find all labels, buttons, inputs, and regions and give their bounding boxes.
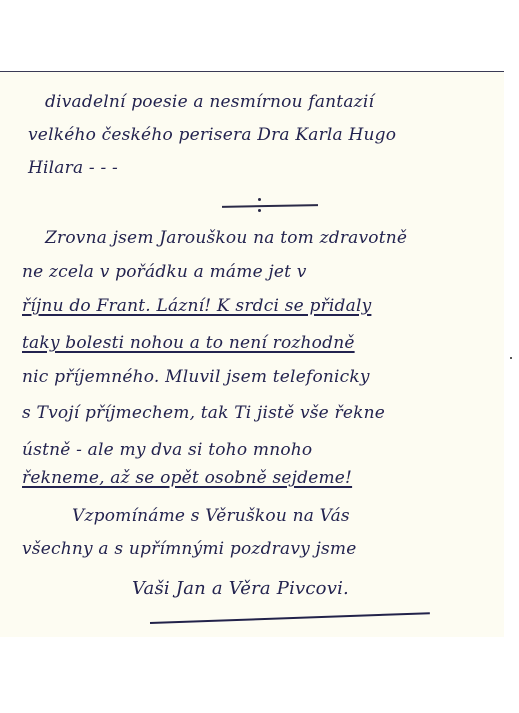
separator-dot [258,198,261,201]
text-line: Zrovna jsem Jarouškou na tom zdravotně [45,228,407,248]
text-line: Vzpomínáme s Věruškou na Vás [72,506,350,526]
text-line: Hilara - - - [28,158,118,178]
text-line-underlined: taky bolesti nohou a to není rozhodně [22,333,355,353]
text-line: všechny a s upřímnými pozdravy jsme [22,539,357,559]
text-line: ne zcela v pořádku a máme jet v [22,262,307,282]
text-line: divadelní poesie a nesmírnou fantazií [45,92,374,112]
text-line: nic příjemného. Mluvil jsem telefonicky [22,367,370,387]
text-line: ústně - ale my dva si toho mnoho [22,440,312,460]
text-line-underlined: řekneme, až se opět osobně sejdeme! [22,468,352,488]
text-line: s Tvojí příjmechem, tak Ti jistě vše řek… [22,403,385,423]
signature: Vaši Jan a Věra Pivcovi. [132,578,349,599]
text-line-underlined: říjnu do Frant. Lázní! K srdci se přidal… [22,296,371,316]
paper-speck [510,357,512,359]
separator-dot [258,209,261,212]
text-line: velkého českého perisera Dra Karla Hugo [28,125,396,145]
